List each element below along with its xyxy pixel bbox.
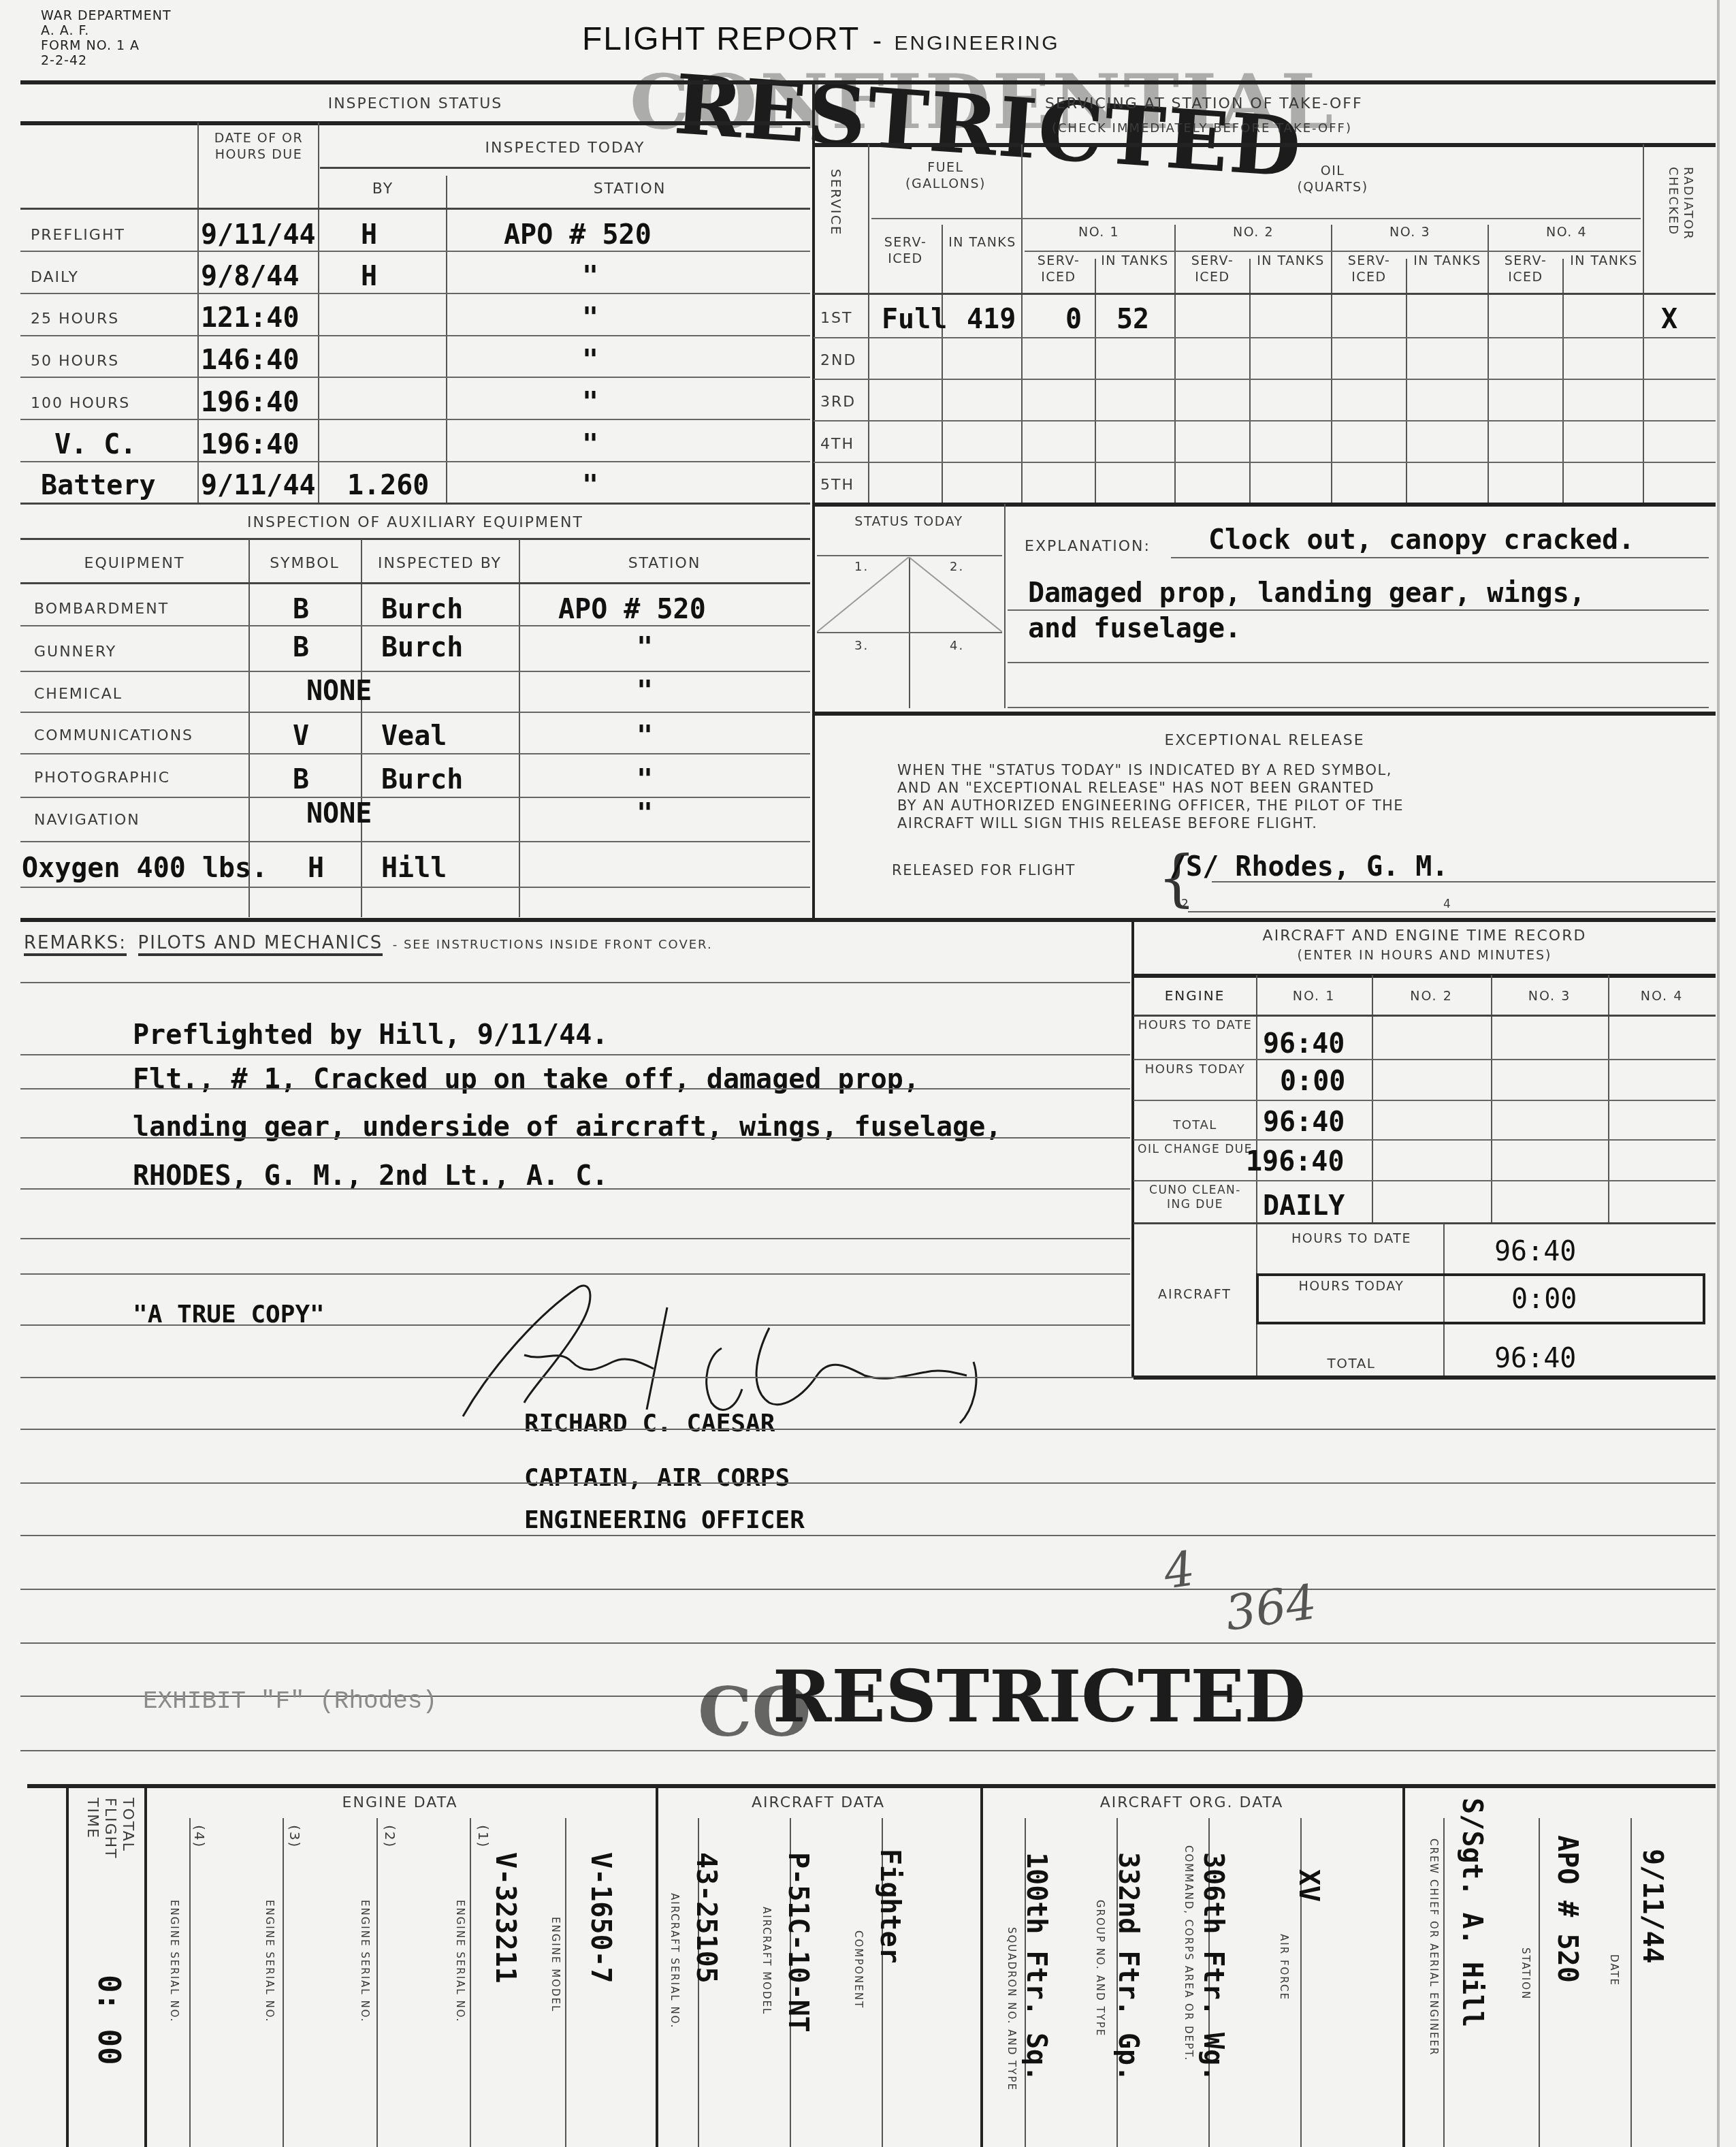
- row-due: 196:40: [201, 387, 300, 418]
- engine-1-serial: V-323211: [489, 1852, 521, 1984]
- fuel-unit: (GALLONS): [871, 176, 1020, 193]
- row-due: 9/11/44: [201, 470, 316, 501]
- inspection-status-title: INSPECTION STATUS: [20, 95, 810, 112]
- row-label: 100 HOURS: [31, 395, 130, 412]
- service-number: 1ST: [820, 310, 852, 327]
- row-due: 196:40: [201, 429, 300, 460]
- equipment-station: ": [637, 798, 653, 829]
- radiator-checked: X: [1661, 304, 1677, 335]
- time-row-label: HOURS TODAY: [1136, 1062, 1255, 1078]
- group: 332nd Ftr. Gp.: [1112, 1852, 1144, 2082]
- signer-rank: CAPTAIN, AIR CORPS: [524, 1464, 790, 1492]
- equipment-name: COMMUNICATIONS: [34, 727, 193, 744]
- org-data-label: AIRCRAFT ORG. DATA: [982, 1794, 1401, 1811]
- time-col-no4: NO. 4: [1608, 989, 1716, 1004]
- release-text-line: AND AN "EXCEPTIONAL RELEASE" HAS NOT BEE…: [897, 779, 1404, 797]
- fuel-serviced: Full: [882, 304, 947, 335]
- aircraft-row-label: HOURS TO DATE: [1259, 1231, 1443, 1247]
- oil-engine-4: NO. 4: [1491, 225, 1642, 241]
- time-row-no1: 196:40: [1246, 1146, 1345, 1177]
- equipment-station: ": [637, 720, 653, 752]
- status-quadrant-4: 4.: [950, 639, 964, 653]
- status-today-title: STATUS TODAY: [817, 514, 1001, 530]
- engine-3-index: (3): [287, 1825, 303, 1848]
- row-station: ": [582, 302, 598, 334]
- oil-engine-2: NO. 2: [1178, 225, 1329, 241]
- engine-data-label: ENGINE DATA: [146, 1794, 654, 1811]
- service-number: 4TH: [820, 436, 854, 453]
- oil1-in-tanks-header: IN TANKS: [1097, 253, 1172, 270]
- row-station: ": [582, 387, 598, 418]
- stamp-restricted-bottom: RESTRICTED: [773, 1655, 1306, 1738]
- crew-chief: S/Sgt. A. Hill: [1456, 1798, 1488, 2027]
- equipment-symbol: B: [293, 594, 309, 625]
- form-number: FORM NO. 1 A: [41, 38, 172, 53]
- row-label: V. C.: [54, 429, 136, 460]
- release-text-line: WHEN THE "STATUS TODAY" IS INDICATED BY …: [897, 761, 1404, 779]
- aircraft-model: P-51C-10-NT: [782, 1852, 814, 2033]
- service-number: 2ND: [820, 352, 856, 369]
- engine-1-index: (1): [475, 1825, 492, 1848]
- equipment-symbol: B: [293, 764, 309, 795]
- fuel-serviced-header: SERV- ICED: [871, 235, 939, 268]
- aircraft-row-label: HOURS TODAY: [1259, 1279, 1443, 1295]
- service-header: SERVICE: [828, 169, 844, 236]
- page-title: FLIGHT REPORT - ENGINEERING: [582, 20, 1060, 58]
- equipment-name: BOMBARDMENT: [34, 601, 169, 618]
- fuel-label: FUEL: [871, 160, 1020, 176]
- time-row-no1: 96:40: [1263, 1107, 1345, 1138]
- aircraft-total: 96:40: [1494, 1343, 1576, 1374]
- time-col-no1: NO. 1: [1256, 989, 1372, 1004]
- branch: A. A. F.: [41, 23, 172, 38]
- time-row-no1: 0:00: [1280, 1066, 1345, 1097]
- command-label: COMMAND, CORPS AREA OR DEPT.: [1183, 1845, 1195, 2061]
- row-label: 50 HOURS: [31, 353, 119, 370]
- pencil-note-top: 4: [1161, 1540, 1199, 1600]
- squadron-label: SQUADRON NO. AND TYPE: [1006, 1927, 1018, 2091]
- row-due: 146:40: [201, 345, 300, 376]
- signer-title: ENGINEERING OFFICER: [524, 1506, 805, 1534]
- total-flight-time-label: TOTAL FLIGHT TIME: [83, 1798, 136, 1900]
- time-row-label: HOURS TO DATE: [1136, 1018, 1255, 1034]
- col-engine: ENGINE: [1134, 987, 1256, 1004]
- department: WAR DEPARTMENT: [41, 8, 172, 23]
- release-text-line: AIRCRAFT WILL SIGN THIS RELEASE BEFORE F…: [897, 814, 1404, 832]
- handwritten-signature-icon: [449, 1273, 1103, 1430]
- equipment-station: ": [637, 675, 653, 707]
- service-number: 5TH: [820, 477, 854, 494]
- fuel-header: FUEL (GALLONS): [871, 160, 1020, 193]
- equipment-symbol-extra: H: [308, 853, 324, 884]
- aircraft-hours-today: 0:00: [1511, 1284, 1577, 1315]
- form-identifier: WAR DEPARTMENT A. A. F. FORM NO. 1 A 2-2…: [41, 8, 172, 68]
- equipment-symbol: V: [293, 720, 309, 752]
- col-station: STATION: [449, 180, 810, 197]
- servicing-title: SERVICING AT STATION OF TAKE-OFF: [1045, 95, 1363, 112]
- servicing-subtitle: (CHECK IMMEDIATELY BEFORE TAKE-OFF): [1052, 121, 1352, 136]
- row-due: 121:40: [201, 302, 300, 334]
- exhibit-label: EXHIBIT "F" (Rhodes): [143, 1687, 437, 1715]
- equipment-symbol: B: [293, 632, 309, 663]
- time-col-no3: NO. 3: [1491, 989, 1608, 1004]
- aux-equipment-title: INSPECTION OF AUXILIARY EQUIPMENT: [20, 514, 810, 531]
- row-station: ": [582, 470, 598, 501]
- equipment-inspector: Veal: [381, 720, 447, 752]
- equipment-name: CHEMICAL: [34, 686, 123, 703]
- aircraft-label: AIRCRAFT: [1134, 1287, 1256, 1302]
- col-equipment: EQUIPMENT: [20, 555, 248, 572]
- engine-2-serial-label: ENGINE SERIAL NO.: [359, 1900, 371, 2023]
- air-force-label: AIR FORCE: [1278, 1934, 1290, 2001]
- time-record-subtitle: (ENTER IN HOURS AND MINUTES): [1134, 948, 1716, 963]
- row-station: ": [582, 429, 598, 460]
- equipment-name: NAVIGATION: [34, 812, 140, 829]
- remarks-header: REMARKS: PILOTS AND MECHANICS - SEE INST…: [24, 933, 713, 953]
- equipment-symbol: NONE: [306, 798, 372, 829]
- total-flight-time: 0: 00: [91, 1975, 126, 2065]
- remark-line-4: RHODES, G. M., 2nd Lt., A. C.: [133, 1160, 608, 1192]
- col-inspected-by: INSPECTED BY: [361, 555, 519, 572]
- oil2-in-tanks-header: IN TANKS: [1253, 253, 1329, 270]
- engine-model-label: ENGINE MODEL: [549, 1917, 562, 2012]
- form-date: 2-2-42: [41, 53, 172, 68]
- crew-chief-label: CREW CHIEF OR AERIAL ENGINEER: [1428, 1839, 1440, 2056]
- row-station: ": [582, 345, 598, 376]
- equipment-inspector: Burch: [381, 594, 463, 625]
- engine-2-index: (2): [382, 1825, 398, 1848]
- equipment-name: GUNNERY: [34, 643, 116, 661]
- explanation-line-3: and fuselage.: [1028, 613, 1241, 644]
- date-label: DATE: [1608, 1954, 1620, 1986]
- remarks-label: REMARKS:: [24, 933, 127, 956]
- equipment-name: PHOTOGRAPHIC: [34, 769, 170, 786]
- row-label: Battery: [41, 470, 156, 501]
- engine-4-index: (4): [191, 1825, 208, 1848]
- oil1-serviced-header: SERV- ICED: [1025, 253, 1093, 286]
- air-force: XV: [1293, 1869, 1324, 1902]
- oil3-serviced-header: SERV- ICED: [1334, 253, 1404, 286]
- row-label: PREFLIGHT: [31, 227, 125, 244]
- status-quadrant-2: 2.: [950, 560, 964, 574]
- exceptional-release-title: EXCEPTIONAL RELEASE: [814, 732, 1716, 749]
- col-symbol: SYMBOL: [248, 555, 361, 572]
- time-row-no1: DAILY: [1263, 1190, 1345, 1222]
- row-by: H: [361, 261, 377, 292]
- aircraft-hours-to-date: 96:40: [1494, 1236, 1576, 1267]
- engine-1-serial-label: ENGINE SERIAL NO.: [454, 1900, 466, 2023]
- equipment-inspector-extra: Hill: [381, 853, 447, 884]
- oil-label: OIL: [1025, 163, 1641, 180]
- oil1-in-tanks: 52: [1116, 304, 1149, 335]
- station: APO # 520: [1552, 1835, 1583, 1983]
- equipment-inspector: Burch: [381, 632, 463, 663]
- explanation-label: EXPLANATION:: [1025, 538, 1151, 555]
- radiator-header: RADIATOR CHECKED: [1665, 167, 1695, 276]
- oil2-serviced-header: SERV- ICED: [1178, 253, 1247, 286]
- remark-line-1: Preflighted by Hill, 9/11/44.: [133, 1019, 608, 1051]
- col-by: BY: [320, 180, 446, 197]
- equipment-name-extra: Oxygen 400 lbs.: [22, 853, 268, 884]
- squadron: 100th Ftr. Sq.: [1020, 1852, 1052, 2082]
- explanation-line-2: Damaged prop, landing gear, wings,: [1028, 577, 1586, 609]
- time-row-label: TOTAL: [1136, 1118, 1255, 1134]
- engine-model: V-1650-7: [585, 1852, 616, 1984]
- service-number: 3RD: [820, 394, 856, 411]
- aircraft-serial-label: AIRCRAFT SERIAL NO.: [669, 1893, 681, 2029]
- aircraft-model-label: AIRCRAFT MODEL: [760, 1907, 773, 2015]
- oil-header: OIL (QUARTS): [1025, 163, 1641, 196]
- command: 306th Ftr. Wg.: [1197, 1852, 1229, 2082]
- time-record-title: AIRCRAFT AND ENGINE TIME RECORD: [1134, 927, 1716, 944]
- row-station: ": [582, 261, 598, 292]
- released-for-flight-label: RELEASED FOR FLIGHT: [892, 861, 1076, 879]
- row-by: H: [361, 219, 377, 251]
- remark-line-2: Flt., # 1, Cracked up on take off, damag…: [133, 1064, 920, 1095]
- signer-name: RICHARD C. CAESAR: [524, 1410, 775, 1437]
- oil3-in-tanks-header: IN TANKS: [1409, 253, 1485, 270]
- equipment-station: ": [637, 764, 653, 795]
- equipment-inspector: Burch: [381, 764, 463, 795]
- fuel-in-tanks-header: IN TANKS: [945, 235, 1020, 251]
- date: 9/11/44: [1637, 1849, 1668, 1964]
- oil4-in-tanks-header: IN TANKS: [1566, 253, 1642, 270]
- aircraft-data-label: AIRCRAFT DATA: [658, 1794, 979, 1811]
- row-due: 9/8/44: [201, 261, 300, 292]
- time-row-label: OIL CHANGE DUE: [1136, 1143, 1255, 1157]
- fuel-in-tanks: 419: [967, 304, 1016, 335]
- status-quadrant-1: 1.: [854, 560, 869, 574]
- row-due: 9/11/44: [201, 219, 316, 251]
- equipment-station: ": [637, 632, 653, 663]
- status-today-x-mark: [817, 557, 1002, 632]
- col-inspected-today: INSPECTED TODAY: [320, 140, 810, 157]
- component-label: COMPONENT: [852, 1930, 865, 2009]
- pilots-mechanics-label: PILOTS AND MECHANICS: [138, 933, 383, 956]
- oil-engine-1: NO. 1: [1025, 225, 1173, 241]
- title-dash: -: [873, 26, 882, 56]
- title-main: FLIGHT REPORT: [582, 21, 860, 57]
- oil1-serviced: 0: [1065, 304, 1082, 335]
- station-label: STATION: [1520, 1947, 1532, 2000]
- explanation-line-1: Clock out, canopy cracked.: [1208, 524, 1635, 556]
- time-row-no1: 96:40: [1263, 1028, 1345, 1060]
- remarks-instructions: - SEE INSTRUCTIONS INSIDE FRONT COVER.: [393, 938, 713, 952]
- row-by: 1.260: [347, 470, 429, 501]
- engine-3-serial-label: ENGINE SERIAL NO.: [263, 1900, 276, 2023]
- row-station: APO # 520: [504, 219, 652, 251]
- release-marker-4: 4: [1443, 897, 1452, 911]
- col-date-due: DATE OF OR HOURS DUE: [201, 131, 317, 163]
- equipment-station: APO # 520: [558, 594, 706, 625]
- col-aux-station: STATION: [519, 555, 810, 572]
- exceptional-release-text: WHEN THE "STATUS TODAY" IS INDICATED BY …: [897, 761, 1404, 832]
- aircraft-row-label: TOTAL: [1259, 1355, 1443, 1372]
- time-row-label: CUNO CLEAN- ING DUE: [1136, 1183, 1255, 1213]
- release-marker-2: 2: [1181, 897, 1190, 911]
- time-col-no2: NO. 2: [1372, 989, 1491, 1004]
- equipment-symbol: NONE: [306, 675, 372, 707]
- pencil-note-bottom: 364: [1222, 1574, 1320, 1642]
- engine-4-serial-label: ENGINE SERIAL NO.: [168, 1900, 180, 2023]
- component: Fighter: [874, 1849, 905, 1964]
- row-label: DAILY: [31, 269, 79, 286]
- release-text-line: BY AN AUTHORIZED ENGINEERING OFFICER, TH…: [897, 797, 1404, 814]
- oil-engine-3: NO. 3: [1334, 225, 1485, 241]
- pilot-release-signature: /S/ Rhodes, G. M.: [1170, 851, 1448, 882]
- status-quadrant-3: 3.: [854, 639, 869, 653]
- row-label: 25 HOURS: [31, 311, 119, 328]
- aircraft-serial: 43-25105: [690, 1852, 722, 1984]
- title-sub: ENGINEERING: [895, 32, 1060, 54]
- group-label: GROUP NO. AND TYPE: [1094, 1900, 1106, 2037]
- oil4-serviced-header: SERV- ICED: [1491, 253, 1560, 286]
- oil-unit: (QUARTS): [1025, 180, 1641, 196]
